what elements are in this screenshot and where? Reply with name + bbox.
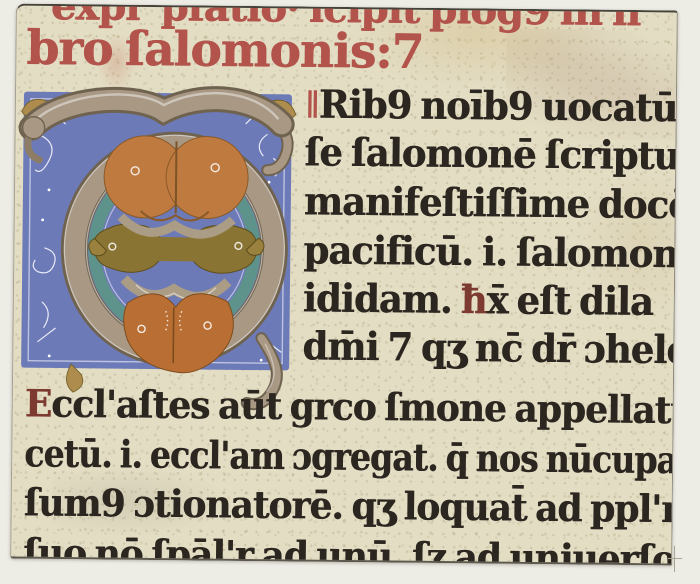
text-line-3: manifeſtiſſime docēt <box>304 177 678 230</box>
text-line-5a: ididam. <box>303 275 461 323</box>
orange-foliage-top <box>104 135 249 221</box>
red-touched-letter: ħ <box>460 276 486 322</box>
crop-mark <box>668 558 682 559</box>
illuminated-initial-T <box>15 70 303 413</box>
text-line-9: ſum9 ɔtionatorē. qʒ loquat̄ ad ppl'm. <box>23 480 677 534</box>
text-line-5: ididam. ħx̄ eſt dila <box>303 274 653 326</box>
text-line-1-text: Rib9 noīb9 uocatū ſ <box>319 81 678 131</box>
text-line-2: ſe ſalomonē ſcriptu <box>304 128 678 180</box>
text-line-8: cetū. i. eccl'am ɔgregat. q̄ nos nūcupa <box>24 431 677 485</box>
initial-artwork <box>15 70 303 413</box>
red-touched-initial-E: E <box>25 382 52 426</box>
red-stroke-mark: || <box>305 87 316 119</box>
manuscript-fragment: expl' p̄fatio· īcipit p̄log9 in li bro ſ… <box>10 4 678 566</box>
text-line-4: pacificū. i. ſalomonē <box>303 226 678 278</box>
text-line-10-clipped: ſuo nō ſpāl'r ad unū. ſʒ ad uniuerſos g <box>23 530 678 566</box>
text-line-7b: ccl'aſtes aūt grco ſmone appellatur <box>51 382 678 433</box>
heart-seam <box>173 307 174 363</box>
text-line-1: ||Rib9 noīb9 uocatū ſ <box>305 79 678 132</box>
text-line-5c: x̄ eſt dila <box>486 277 653 325</box>
scan-background: expl' p̄fatio· īcipit p̄log9 in li bro ſ… <box>0 0 700 584</box>
text-line-6: dm̄i 7 qʒ nc̄ dr̄ ɔhelet <box>302 322 678 375</box>
text-line-7: Eccl'aſtes aūt grco ſmone appellatur <box>24 381 677 435</box>
crop-mark <box>674 546 675 572</box>
